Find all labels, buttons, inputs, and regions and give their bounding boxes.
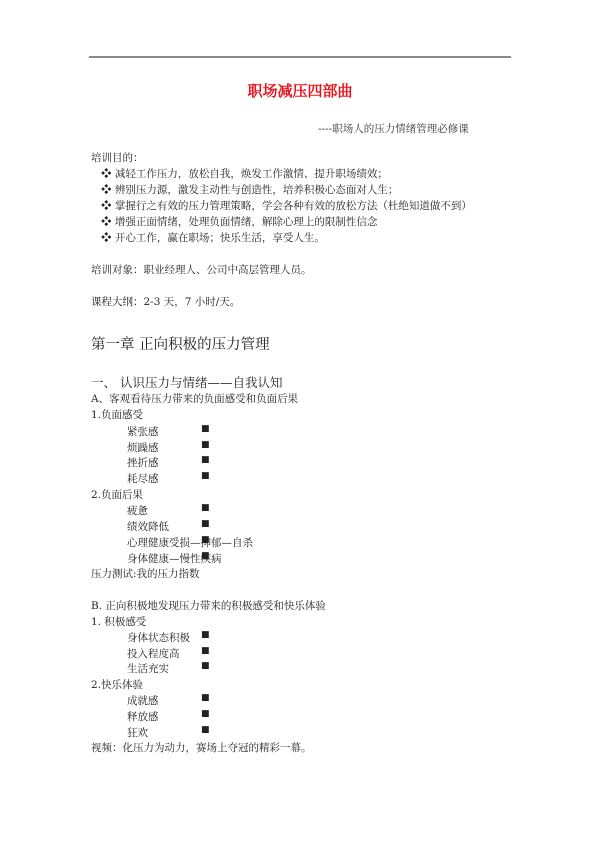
square-bullet-icon: ■: [201, 519, 210, 529]
square-bullet-icon: ■: [201, 693, 210, 703]
goal-item: ❖ 减轻工作压力，放松自我，焕发工作激情、提升职场绩效；: [101, 166, 388, 181]
list-item-text: 成就感: [127, 693, 159, 708]
diamond-bullet-icon: ❖: [101, 216, 112, 228]
part-a-note: 压力测试:我的压力指数: [91, 566, 200, 581]
list-item-text: 生活充实: [127, 661, 169, 676]
header-rule: [89, 56, 511, 58]
square-bullet-icon: ■: [201, 471, 210, 481]
square-bullet-icon: ■: [201, 630, 210, 640]
square-bullet-icon: ■: [201, 709, 210, 719]
section-title: 一、 认识压力与情绪——自我认知: [91, 373, 282, 391]
list-item-text: 投入程度高: [127, 646, 180, 661]
document-title: 职场减压四部曲: [0, 80, 600, 101]
list-item-text: 心理健康受损—抑郁—自杀: [127, 535, 253, 550]
goal-item: ❖ 增强正面情绪，处理负面情绪，解除心理上的限制性信念: [101, 214, 377, 229]
part-b-sub1-title: 1. 积极感受: [91, 614, 146, 629]
diamond-bullet-icon: ❖: [101, 184, 112, 196]
part-b-sub2-title: 2.快乐体验: [91, 677, 143, 692]
part-b-title: B. 正向积极地发现压力带来的积极感受和快乐体验: [91, 598, 326, 613]
square-bullet-icon: ■: [201, 646, 210, 656]
square-bullet-icon: ■: [201, 661, 210, 671]
part-a-sub1-title: 1.负面感受: [91, 407, 143, 422]
list-item-text: 绩效降低: [127, 519, 169, 534]
chapter-title: 第一章 正向积极的压力管理: [91, 333, 270, 354]
diamond-bullet-icon: ❖: [101, 232, 112, 244]
list-item-text: 烦躁感: [127, 440, 159, 455]
list-item-text: 释放感: [127, 709, 159, 724]
list-item-text: 狂欢: [127, 725, 148, 740]
list-item-text: 身体健康—慢性疾病: [127, 551, 222, 566]
square-bullet-icon: ■: [201, 725, 210, 735]
goal-item: ❖ 辨别压力源，激发主动性与创造性，培养积极心态面对人生；: [101, 182, 398, 197]
list-item-text: 耗尽感: [127, 471, 159, 486]
document-subtitle: ----职场人的压力情绪管理必修课: [318, 121, 469, 136]
outline-text: 课程大纲：2-3 天，7 小时/天。: [91, 294, 240, 309]
square-bullet-icon: ■: [201, 455, 210, 465]
square-bullet-icon: ■: [201, 440, 210, 450]
part-a-sub2-title: 2.负面后果: [91, 487, 143, 502]
part-b-note: 视频：化压力为动力，赛场上夺冠的精彩一幕。: [91, 740, 312, 755]
audience-text: 培训对象：职业经理人、公司中高层管理人员。: [91, 262, 312, 277]
goal-item: ❖ 掌握行之有效的压力管理策略，学会各种有效的放松方法（杜绝知道做不到）: [101, 198, 472, 213]
diamond-bullet-icon: ❖: [101, 168, 112, 180]
part-a-title: A、客观看待压力带来的负面感受和负面后果: [91, 391, 298, 406]
list-item-text: 疲惫: [127, 503, 148, 518]
diamond-bullet-icon: ❖: [101, 200, 112, 212]
list-item-text: 身体状态积极: [127, 630, 190, 645]
list-item-text: 紧张感: [127, 424, 159, 439]
goal-item: ❖ 开心工作，赢在职场；快乐生活，享受人生。: [101, 230, 325, 245]
square-bullet-icon: ■: [201, 424, 210, 434]
square-bullet-icon: ■: [201, 503, 210, 513]
goals-label: 培训目的：: [91, 150, 144, 165]
list-item-text: 挫折感: [127, 455, 159, 470]
